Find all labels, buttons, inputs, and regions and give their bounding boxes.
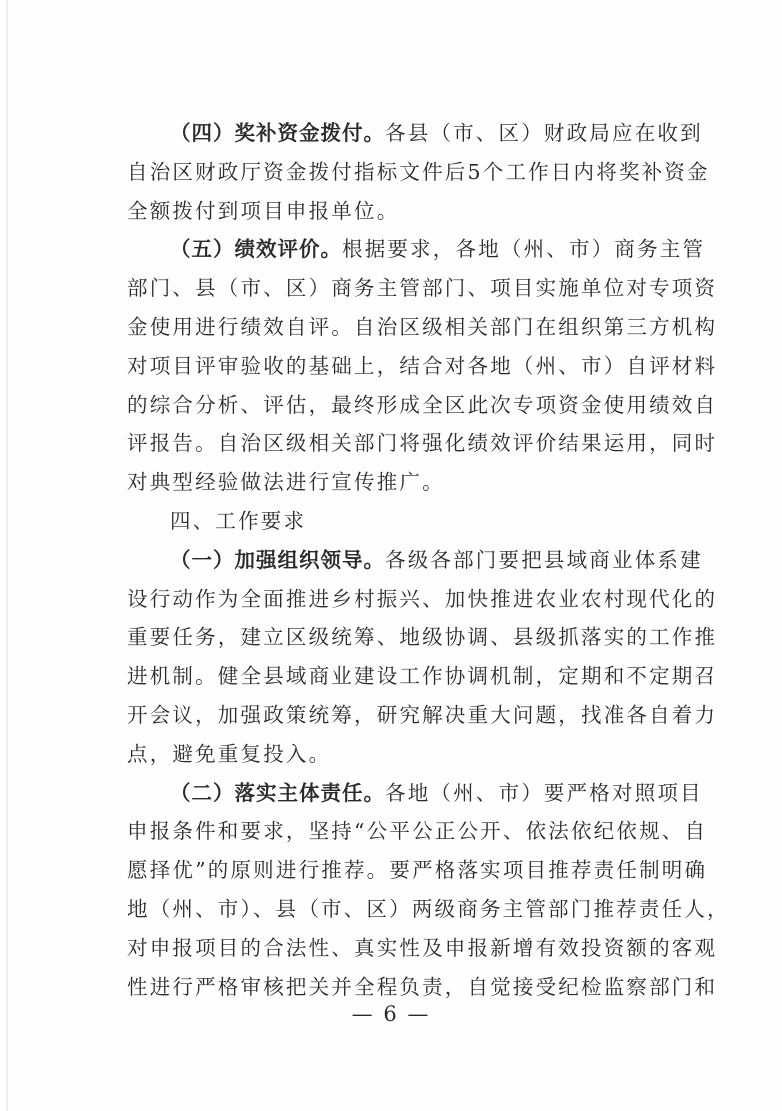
paragraph-line: （一）加强组织领导。各级各部门要把县域商业体系建	[127, 541, 689, 580]
paragraph-line: 开会议，加强政策统筹，研究解决重大问题，找准各自着力	[127, 696, 689, 735]
section-heading: （二）落实主体责任。	[170, 781, 385, 805]
paragraph-line: 设行动作为全面推进乡村振兴、加快推进农业农村现代化的	[127, 580, 689, 619]
paragraph-line: 性进行严格审核把关并全程负责，自觉接受纪检监察部门和	[127, 968, 689, 1007]
paragraph-line: 对项目评审验收的基础上，结合对各地（州、市）自评材料	[127, 347, 689, 386]
section-title: 四、工作要求	[127, 502, 689, 541]
document-body: （四）奖补资金拨付。各县（市、区）财政局应在收到 自治区财政厅资金拨付指标文件后…	[127, 114, 689, 1006]
paragraph-line: 评报告。自治区级相关部门将强化绩效评价结果运用，同时	[127, 424, 689, 463]
paragraph-line: 地（州、市）、县（市、区）两级商务主管部门推荐责任人，	[127, 890, 689, 929]
paragraph-text: 各级各部门要把县域商业体系建	[385, 548, 703, 572]
paragraph-text: 各县（市、区）财政局应在收到	[385, 121, 703, 145]
paragraph-line: 点，避免重复投入。	[127, 735, 689, 774]
paragraph-line: 部门、县（市、区）商务主管部门、项目实施单位对专项资	[127, 269, 689, 308]
section-heading: （一）加强组织领导。	[170, 548, 385, 572]
paragraph-line: （五）绩效评价。根据要求，各地（州、市）商务主管	[127, 230, 689, 269]
paragraph-line: 对申报项目的合法性、真实性及申报新增有效投资额的客观	[127, 929, 689, 968]
section-heading: （五）绩效评价。	[170, 237, 342, 261]
scan-edge-line	[6, 0, 8, 1111]
paragraph-line: 对典型经验做法进行宣传推广。	[127, 463, 689, 502]
paragraph-text: 各地（州、市）要严格对照项目	[385, 781, 703, 805]
paragraph-line: 愿择优”的原则进行推荐。要严格落实项目推荐责任制明确	[127, 851, 689, 890]
paragraph-line: 金使用进行绩效自评。自治区级相关部门在组织第三方机构	[127, 308, 689, 347]
paragraph-line: （四）奖补资金拨付。各县（市、区）财政局应在收到	[127, 114, 689, 153]
document-page: （四）奖补资金拨付。各县（市、区）财政局应在收到 自治区财政厅资金拨付指标文件后…	[0, 0, 782, 1111]
paragraph-line: 的综合分析、评估，最终形成全区此次专项资金使用绩效自	[127, 386, 689, 425]
paragraph-line: 重要任务，建立区级统筹、地级协调、县级抓落实的工作推	[127, 618, 689, 657]
paragraph-line: 自治区财政厅资金拨付指标文件后5个工作日内将奖补资金	[127, 153, 689, 192]
section-heading: （四）奖补资金拨付。	[170, 121, 385, 145]
paragraph-text: 根据要求，各地（州、市）商务主管	[342, 237, 705, 261]
page-number: — 6 —	[0, 1002, 782, 1026]
paragraph-line: 进机制。健全县域商业建设工作协调机制，定期和不定期召	[127, 657, 689, 696]
paragraph-line: 全额拨付到项目申报单位。	[127, 192, 689, 231]
paragraph-line: 申报条件和要求，坚持“公平公正公开、依法依纪依规、自	[127, 812, 689, 851]
paragraph-line: （二）落实主体责任。各地（州、市）要严格对照项目	[127, 774, 689, 813]
